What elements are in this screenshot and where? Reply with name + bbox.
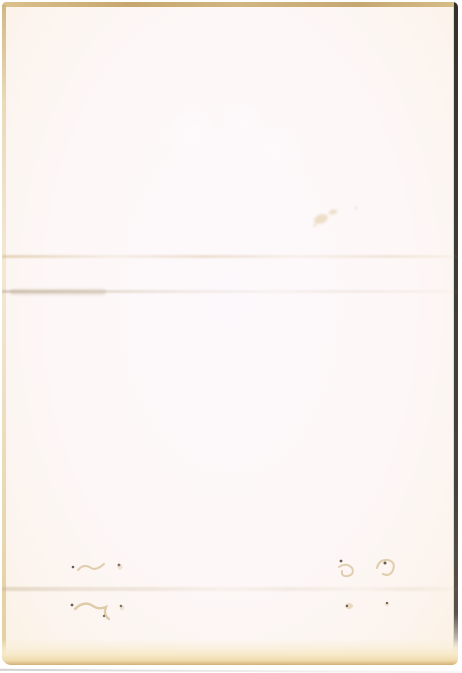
crease-line-middle xyxy=(2,290,458,293)
dark-fleck xyxy=(384,562,387,565)
glue-mark-upper-left xyxy=(64,554,134,580)
dark-center xyxy=(346,605,348,607)
blank-card-back xyxy=(2,2,458,665)
dot-halo xyxy=(120,606,125,611)
dark-fleck xyxy=(72,566,75,569)
stain-mark xyxy=(305,202,367,234)
stain-fleck-small xyxy=(355,207,358,210)
stain-fleck xyxy=(313,223,317,227)
dark-fleck xyxy=(340,560,343,563)
scanned-image xyxy=(0,0,462,673)
card-left-aged-edge xyxy=(2,5,6,661)
glue-mark-upper-right-b xyxy=(370,550,398,584)
card-top-aged-edge xyxy=(2,2,458,7)
dark-fleck xyxy=(71,604,74,607)
crease-line-upper xyxy=(2,255,458,258)
glue-squiggle xyxy=(78,564,104,570)
glue-dot-lower-right-b xyxy=(380,596,394,612)
card-right-shadow-edge xyxy=(454,2,458,653)
glue-curl xyxy=(339,565,353,576)
crease-line-lower xyxy=(2,587,458,591)
glue-dot-lower-right-a xyxy=(340,598,358,614)
stain-blob-secondary xyxy=(328,208,338,215)
dark-fleck xyxy=(386,602,388,604)
card-bottom-aged-band xyxy=(2,639,458,665)
dark-fleck-2 xyxy=(103,615,105,617)
dot-halo xyxy=(117,564,122,569)
scan-bottom-shadow xyxy=(0,669,462,673)
embossed-impressions xyxy=(152,97,317,187)
glue-mark-upper-right-a xyxy=(332,552,360,582)
glue-mark-lower-left xyxy=(62,594,136,626)
